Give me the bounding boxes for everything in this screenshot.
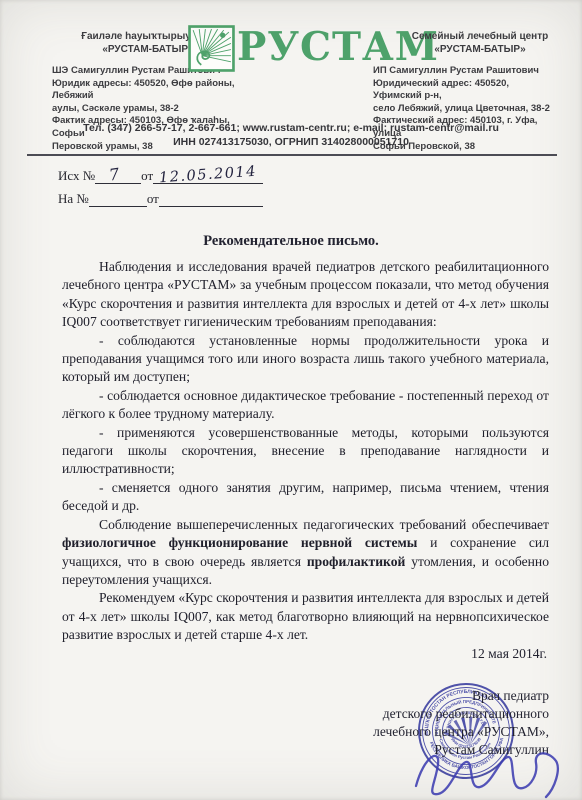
header-right-block: Семейный лечебный центр «РУСТАМ-БАТЫР» И… (373, 30, 551, 153)
incoming-number-field (89, 191, 147, 207)
paragraph: - применяются усовершенствованные методы… (62, 424, 549, 479)
scanned-letter-page: Ғаиләле һауыҡтырыу үҙәк «РУСТАМ-БАТЫР» Ш… (0, 0, 582, 800)
handwritten-outgoing-number: 7 (108, 164, 121, 184)
signature-line: лечебного центра «РУСТАМ», (373, 723, 549, 741)
letter-title: Рекомендательное письмо. (0, 233, 582, 250)
address-line: село Лебяжий, улица Цветочная, 38-2 (373, 103, 551, 116)
handwritten-outgoing-date: 12.05.2014 (159, 164, 258, 187)
letter-date: 12 мая 2014г. (62, 645, 549, 663)
letter-body: Наблюдения и исследования врачей педиатр… (62, 258, 549, 663)
paragraph: Рекомендуем «Курс скорочтения и развития… (62, 589, 549, 644)
address-line: Юридический адрес: 450520, Уфимский р-н, (373, 78, 551, 103)
sunburst-leaf-emblem-icon (188, 59, 235, 76)
paragraph: Наблюдения и исследования врачей педиатр… (62, 258, 549, 332)
outgoing-number-field: 7 (95, 168, 141, 184)
reference-block: Исх №7от12.05.2014 На №от (58, 168, 263, 214)
incoming-date-field (159, 191, 263, 207)
signature-line: детского реабилитационного (373, 705, 549, 723)
incoming-number-label: На № (58, 191, 89, 206)
outgoing-number-label: Исх № (58, 168, 95, 183)
header-divider (27, 154, 557, 156)
paragraph: - соблюдаются установленные нормы продол… (62, 332, 549, 387)
paragraph: - соблюдается основное дидактическое тре… (62, 387, 549, 424)
outgoing-ref-row: Исх №7от12.05.2014 (58, 168, 263, 184)
paragraph: - сменяется одного занятия другим, напри… (62, 479, 549, 516)
address-line: Юридик адресы: 450520, Өфө районы, Лебяж… (52, 78, 244, 103)
incoming-from-label: от (147, 191, 159, 206)
contact-line: Тел. (347) 266-57-17, 2-667-661; www.rus… (0, 122, 582, 134)
handwritten-signature (410, 744, 570, 800)
address-line: аулы, Сәскәле урамы, 38-2 (52, 103, 244, 116)
org-name-russian: Семейный лечебный центр «РУСТАМ-БАТЫР» (373, 30, 551, 56)
outgoing-from-label: от (141, 168, 153, 183)
paragraph: Соблюдение вышеперечисленных педагогичес… (62, 516, 549, 590)
signature-line: Врач педиатр (373, 687, 549, 705)
registration-line: ИНН 027413175030, ОГРНИП 314028000051710 (0, 136, 582, 148)
org-line1-russian: Семейный лечебный центр (409, 30, 551, 43)
outgoing-date-field: 12.05.2014 (153, 168, 263, 184)
org-line2-russian: «РУСТАМ-БАТЫР» (409, 43, 551, 56)
incoming-ref-row: На №от (58, 191, 263, 207)
address-line: ИП Самигуллин Рустам Рашитович (373, 65, 551, 78)
